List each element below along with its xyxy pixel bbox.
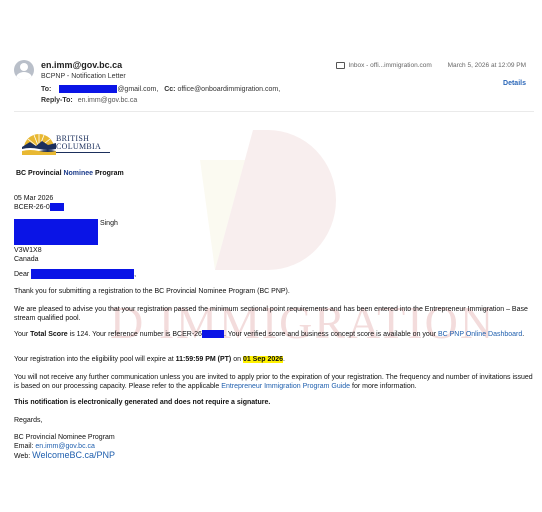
redacted-block xyxy=(59,85,117,93)
redacted-block xyxy=(202,330,224,338)
salutation-text: Dear xyxy=(14,271,29,278)
cc-address[interactable]: office@onboardimmigration.com, xyxy=(177,86,280,93)
reply-to-line: Reply-To: en.imm@gov.bc.ca xyxy=(41,97,137,104)
expiry-date: 01 Sep 2026 xyxy=(243,356,283,363)
program-title: BC Provincial Nominee Program xyxy=(16,169,124,178)
to-address[interactable]: @gmail.com, xyxy=(117,86,158,93)
header-divider xyxy=(14,111,534,112)
signature-name: BC Provincial Nominee Program xyxy=(14,433,534,442)
program-guide-link[interactable]: Entrepreneur Immigration Program Guide xyxy=(221,383,350,390)
recipient-block: Singh xyxy=(14,219,534,245)
cc-label: Cc: xyxy=(164,86,175,93)
postal-code: V3W1X8 xyxy=(14,246,534,255)
reply-to-address[interactable]: en.imm@gov.bc.ca xyxy=(78,97,138,104)
bc-sun-icon xyxy=(22,132,56,156)
expiry-text-b: on xyxy=(231,356,243,363)
paragraph-auto-generated: This notification is electronically gene… xyxy=(14,398,534,407)
redacted-block xyxy=(31,269,134,279)
signature-email-label: Email: xyxy=(14,443,35,450)
country: Canada xyxy=(14,255,534,264)
signature-web-link[interactable]: WelcomeBC.ca/PNP xyxy=(32,450,115,460)
redacted-block xyxy=(14,219,98,245)
reply-to-label: Reply-To: xyxy=(41,97,73,104)
score-text-c: is 124. Your reference number is BCER-26 xyxy=(68,331,202,338)
email-date: March 5, 2026 at 12:09 PM xyxy=(448,62,526,69)
details-link[interactable]: Details xyxy=(503,80,526,87)
expiry-end: . xyxy=(283,356,285,363)
redacted-block xyxy=(50,203,64,211)
paragraph-pool-entry: We are pleased to advise you that your r… xyxy=(14,305,534,323)
expiry-text-a: Your registration into the eligibility p… xyxy=(14,356,176,363)
folder-icon xyxy=(336,62,345,69)
signature-web: Web: WelcomeBC.ca/PNP xyxy=(14,451,534,461)
logo-line-2: COLUMBIA xyxy=(56,143,110,151)
letter-reference: BCER-26-0 xyxy=(14,203,534,212)
recipient-surname: Singh xyxy=(100,220,118,227)
program-title-a: BC Provincial xyxy=(16,170,63,177)
total-score-label: Total Score xyxy=(30,331,68,338)
letter-date: 05 Mar 2026 xyxy=(14,194,534,203)
score-text-a: Your xyxy=(14,331,30,338)
to-label: To: xyxy=(41,86,51,93)
email-subject: BCPNP - Notification Letter xyxy=(41,73,126,80)
signature-web-label: Web: xyxy=(14,453,32,460)
expiry-time: 11:59:59 PM (PT) xyxy=(176,356,232,363)
program-title-b: Nominee xyxy=(63,170,93,177)
bc-logo: BRITISH COLUMBIA xyxy=(22,130,112,158)
score-end: . xyxy=(522,331,524,338)
paragraph-score: Your Total Score is 124. Your reference … xyxy=(14,330,534,339)
paragraph-expiry: Your registration into the eligibility p… xyxy=(14,355,534,364)
regards: Regards, xyxy=(14,416,534,425)
to-line: To: @gmail.com, Cc: office@onboardimmigr… xyxy=(41,85,280,93)
program-title-c: Program xyxy=(93,170,124,177)
email-meta: Inbox - offi...immigration.com March 5, … xyxy=(336,62,526,69)
salutation: Dear , xyxy=(14,269,534,279)
sender-avatar-icon xyxy=(14,60,34,80)
paragraph-thanks: Thank you for submitting a registration … xyxy=(14,287,534,296)
dashboard-link[interactable]: BC PNP Online Dashboard xyxy=(438,331,522,338)
salutation-end: , xyxy=(134,271,136,278)
ref-prefix: BCER-26-0 xyxy=(14,204,50,211)
mailbox-folder[interactable]: Inbox - offi...immigration.com xyxy=(348,62,431,69)
score-text-d: . Your verified score and business conce… xyxy=(224,331,438,338)
communication-text-b: for more information. xyxy=(350,383,417,390)
signature-email-link[interactable]: en.imm@gov.bc.ca xyxy=(35,443,95,450)
sender-address[interactable]: en.imm@gov.bc.ca xyxy=(41,60,122,70)
paragraph-communication: You will not receive any further communi… xyxy=(14,373,534,391)
bc-logo-text: BRITISH COLUMBIA xyxy=(56,135,110,153)
